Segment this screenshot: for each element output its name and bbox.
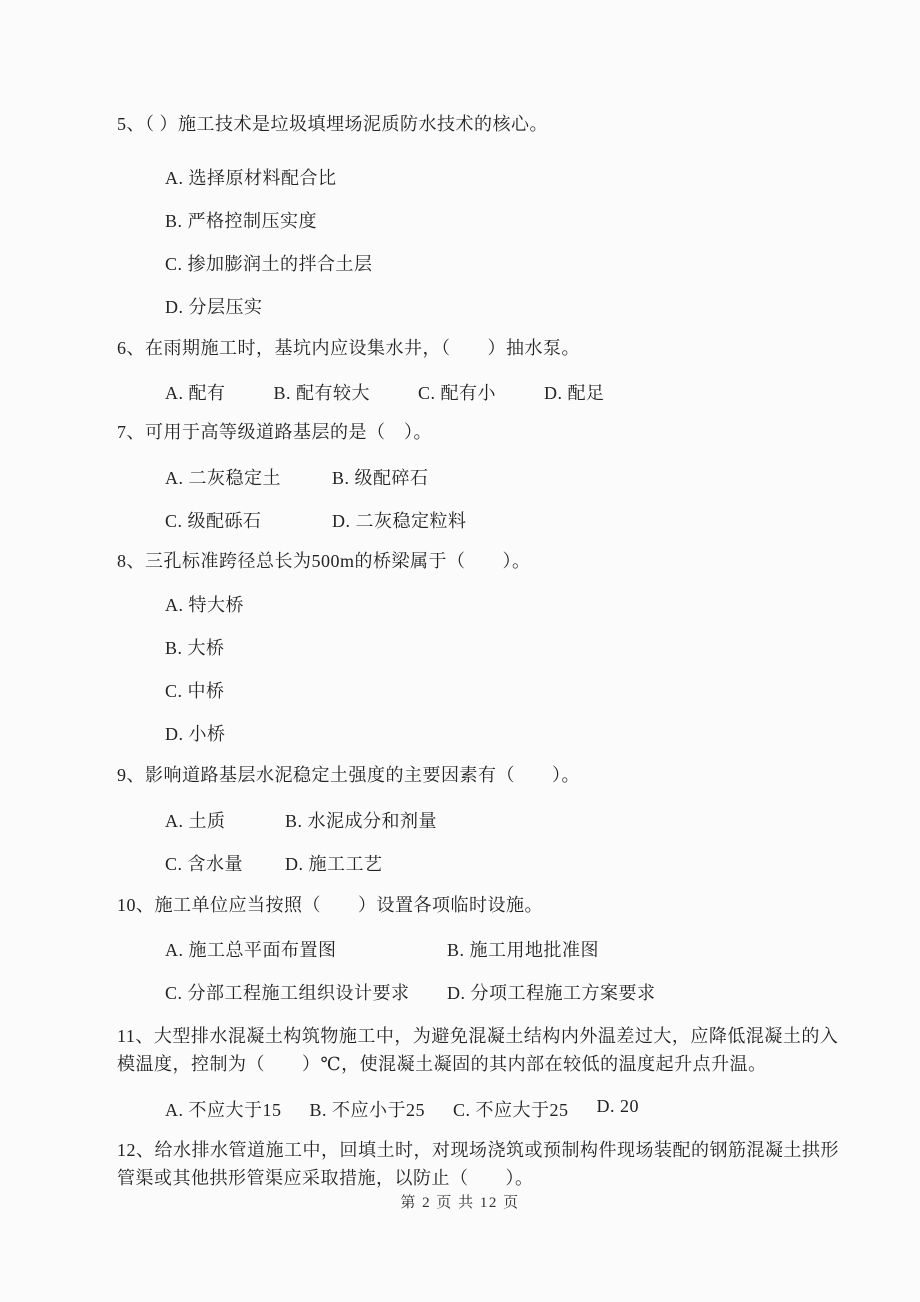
option-row: A. 不应大于15B. 不应小于25C. 不应大于25D. 20	[165, 1096, 890, 1120]
option-item: C. 掺加膨润土的拌合土层	[165, 250, 373, 276]
question-block: 10、施工单位应当按照（ ）设置各项临时设施。A. 施工总平面布置图B. 施工用…	[0, 891, 920, 919]
option-item: A. 不应大于15	[165, 1096, 282, 1120]
question-block: 12、给水排水管道施工中，回填土时，对现场浇筑或预制构件现场装配的钢筋混凝土拱形…	[0, 1136, 920, 1192]
option-item: C. 配有小	[418, 379, 496, 403]
option-item: C. 不应大于25	[453, 1096, 569, 1120]
question-text: 12、给水排水管道施工中，回填土时，对现场浇筑或预制构件现场装配的钢筋混凝土拱形	[0, 1136, 920, 1164]
options-group: A. 二灰稳定土B. 级配碎石C. 级配砾石D. 二灰稳定粒料	[165, 464, 890, 550]
page-number-footer: 第 2 页 共 12 页	[0, 1191, 920, 1212]
question-text: 11、大型排水混凝土构筑物施工中，为避免混凝土结构内外温差过大，应降低混凝土的入	[0, 1022, 920, 1050]
question-text: 10、施工单位应当按照（ ）设置各项临时设施。	[0, 891, 920, 919]
option-item: B. 施工用地批准图	[447, 936, 599, 962]
option-item: C. 分部工程施工组织设计要求	[165, 979, 447, 1005]
options-group: A. 土质B. 水泥成分和剂量C. 含水量D. 施工工艺	[165, 807, 890, 893]
question-text: 9、影响道路基层水泥稳定土强度的主要因素有（ ）。	[0, 761, 920, 789]
option-item: A. 特大桥	[165, 591, 244, 617]
question-text: 管渠或其他拱形管渠应采取措施，以防止（ ）。	[0, 1164, 920, 1192]
question-block: 7、可用于高等级道路基层的是（ ）。A. 二灰稳定土B. 级配碎石C. 级配砾石…	[0, 418, 920, 446]
options-group: A. 特大桥B. 大桥C. 中桥D. 小桥	[165, 591, 890, 763]
question-block: 11、大型排水混凝土构筑物施工中，为避免混凝土结构内外温差过大，应降低混凝土的入…	[0, 1022, 920, 1078]
option-row: A. 特大桥	[165, 591, 890, 615]
options-group: A. 施工总平面布置图B. 施工用地批准图C. 分部工程施工组织设计要求D. 分…	[165, 936, 890, 1022]
option-row: A. 土质B. 水泥成分和剂量	[165, 807, 890, 831]
question-block: 9、影响道路基层水泥稳定土强度的主要因素有（ ）。A. 土质B. 水泥成分和剂量…	[0, 761, 920, 789]
option-item: A. 配有	[165, 379, 226, 403]
option-row: C. 中桥	[165, 677, 890, 701]
option-item: D. 配足	[544, 379, 605, 403]
option-row: C. 掺加膨润土的拌合土层	[165, 250, 890, 274]
option-item: B. 严格控制压实度	[165, 207, 317, 233]
option-item: A. 土质	[165, 807, 285, 833]
option-item: A. 施工总平面布置图	[165, 936, 447, 962]
option-row: A. 配有B. 配有较大C. 配有小D. 配足	[165, 379, 890, 403]
question-text: 模温度，控制为（ ）℃，使混凝土凝固的其内部在较低的温度起升点升温。	[0, 1050, 920, 1078]
exam-document: 第 2 页 共 12 页 5、（ ）施工技术是垃圾填埋场泥质防水技术的核心。A.…	[0, 0, 920, 1302]
question-text: 7、可用于高等级道路基层的是（ ）。	[0, 418, 920, 446]
option-item: A. 选择原材料配合比	[165, 164, 337, 190]
option-item: D. 分层压实	[165, 293, 263, 319]
option-item: C. 级配砾石	[165, 507, 332, 533]
option-row: B. 大桥	[165, 634, 890, 658]
question-text: 6、在雨期施工时，基坑内应设集水井，（ ）抽水泵。	[0, 334, 920, 362]
options-group: A. 选择原材料配合比B. 严格控制压实度C. 掺加膨润土的拌合土层D. 分层压…	[165, 164, 890, 336]
question-text: 5、（ ）施工技术是垃圾填埋场泥质防水技术的核心。	[0, 110, 920, 138]
option-item: B. 水泥成分和剂量	[285, 807, 437, 833]
option-item: B. 配有较大	[274, 379, 371, 403]
option-item: A. 二灰稳定土	[165, 464, 332, 490]
option-row: A. 施工总平面布置图B. 施工用地批准图	[165, 936, 890, 960]
option-item: B. 级配碎石	[332, 464, 429, 490]
question-text: 8、三孔标准跨径总长为500m的桥梁属于（ ）。	[0, 547, 920, 575]
option-item: D. 施工工艺	[285, 850, 383, 876]
option-item: B. 不应小于25	[310, 1096, 426, 1120]
option-item: D. 小桥	[165, 720, 226, 746]
option-item: D. 20	[597, 1096, 640, 1120]
option-row: C. 级配砾石D. 二灰稳定粒料	[165, 507, 890, 531]
question-block: 6、在雨期施工时，基坑内应设集水井，（ ）抽水泵。A. 配有B. 配有较大C. …	[0, 334, 920, 362]
option-item: D. 二灰稳定粒料	[332, 507, 467, 533]
option-row: A. 选择原材料配合比	[165, 164, 890, 188]
options-group: A. 配有B. 配有较大C. 配有小D. 配足	[165, 379, 890, 422]
option-row: C. 分部工程施工组织设计要求D. 分项工程施工方案要求	[165, 979, 890, 1003]
option-row: D. 小桥	[165, 720, 890, 744]
option-row: A. 二灰稳定土B. 级配碎石	[165, 464, 890, 488]
question-block: 8、三孔标准跨径总长为500m的桥梁属于（ ）。A. 特大桥B. 大桥C. 中桥…	[0, 547, 920, 575]
option-row: D. 分层压实	[165, 293, 890, 317]
option-item: D. 分项工程施工方案要求	[447, 979, 656, 1005]
option-row: B. 严格控制压实度	[165, 207, 890, 231]
option-item: C. 含水量	[165, 850, 285, 876]
options-group: A. 不应大于15B. 不应小于25C. 不应大于25D. 20	[165, 1096, 890, 1139]
question-block: 5、（ ）施工技术是垃圾填埋场泥质防水技术的核心。A. 选择原材料配合比B. 严…	[0, 110, 920, 138]
option-item: B. 大桥	[165, 634, 225, 660]
option-item: C. 中桥	[165, 677, 225, 703]
option-row: C. 含水量D. 施工工艺	[165, 850, 890, 874]
